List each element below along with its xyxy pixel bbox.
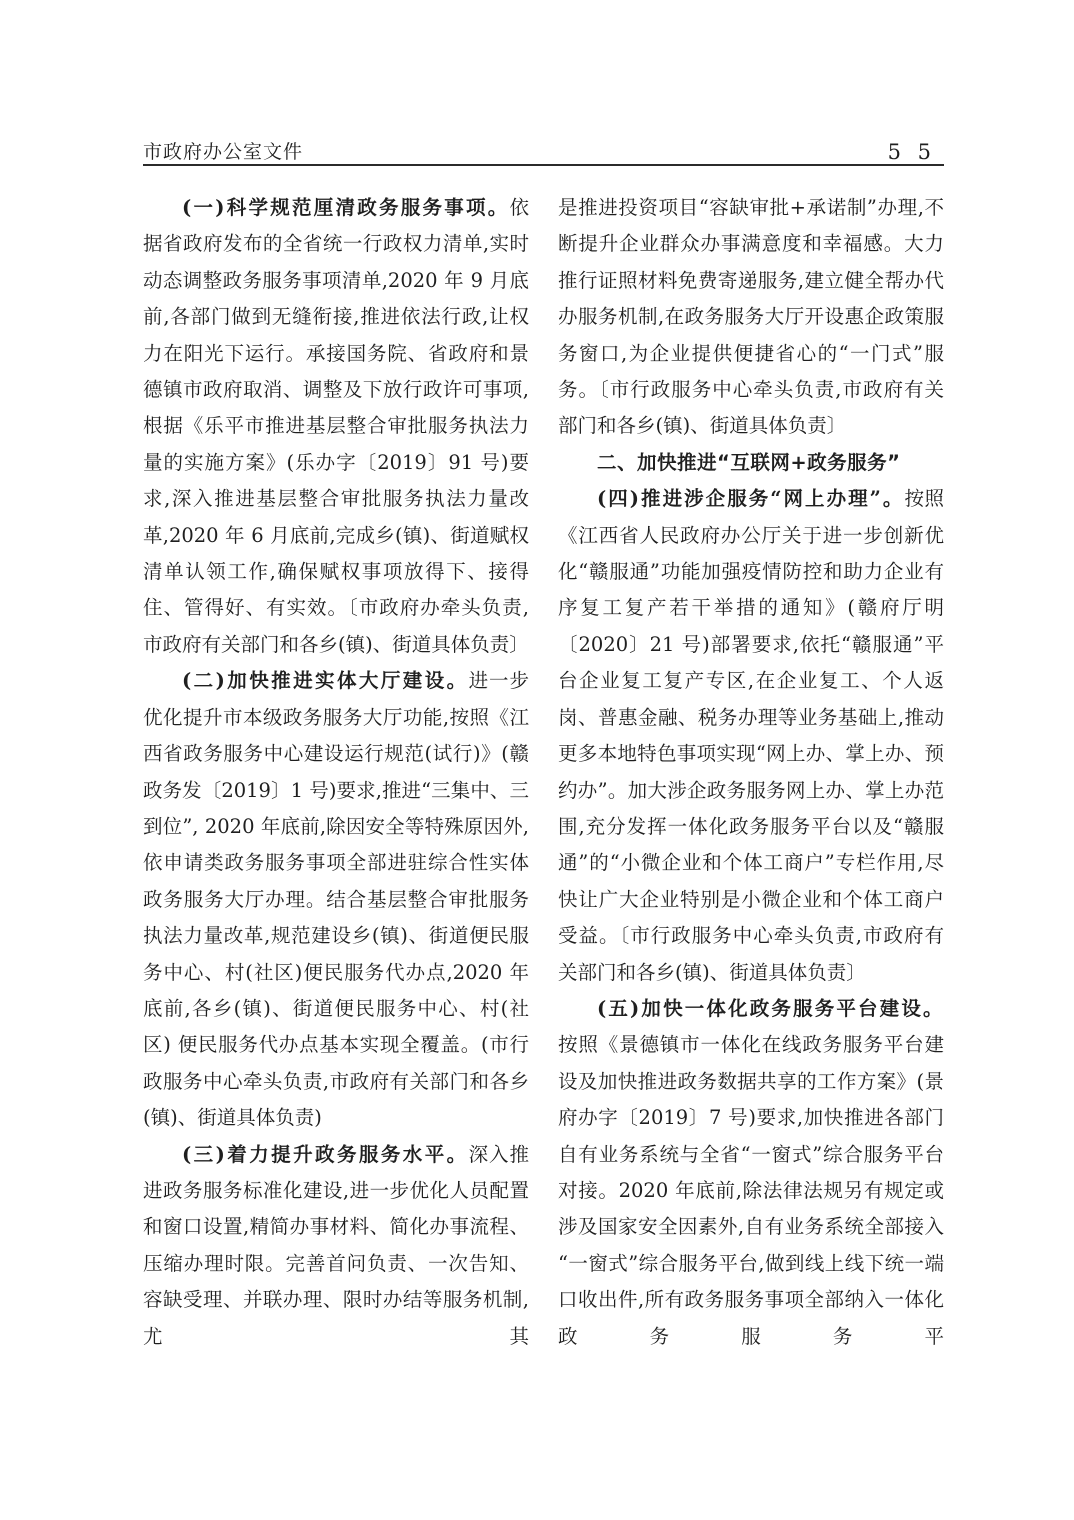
paragraph-5-title: (五)加快一体化政务服务平台建设。 [597, 997, 944, 1020]
paragraph-3: (三)着力提升政务服务水平。深入推进政务服务标准化建设,进一步优化人员配置和窗口… [143, 1137, 529, 1355]
paragraph-2-body: 进一步优化提升市本级政务服务大厅功能,按照《江西省政务服务中心建设运行规范(试行… [143, 669, 529, 1129]
document-page: 市政府办公室文件 5 5 (一)科学规范厘清政务服务事项。依据省政府发布的全省统… [0, 0, 1074, 1520]
paragraph-3-title: (三)着力提升政务服务水平。 [182, 1143, 469, 1166]
paragraph-3-continued: 是推进投资项目“容缺审批+承诺制”办理,不断提升企业群众办事满意度和幸福感。大力… [558, 190, 944, 445]
paragraph-1-body: 依据省政府发布的全省统一行政权力清单,实时动态调整政务服务事项清单,2020 年… [143, 196, 529, 656]
paragraph-1-title: (一)科学规范厘清政务服务事项。 [182, 196, 509, 219]
page-header: 市政府办公室文件 5 5 [143, 141, 944, 166]
paragraph-5: (五)加快一体化政务服务平台建设。按照《景德镇市一体化在线政务服务平台建设及加快… [558, 991, 944, 1355]
paragraph-5-body: 按照《景德镇市一体化在线政务服务平台建设及加快推进政务数据共享的工作方案》(景府… [558, 1033, 944, 1347]
paragraph-2-title: (二)加快推进实体大厅建设。 [182, 669, 469, 692]
page-number: 5 5 [888, 141, 944, 164]
paragraph-2: (二)加快推进实体大厅建设。进一步优化提升市本级政务服务大厅功能,按照《江西省政… [143, 663, 529, 1136]
paragraph-3-body: 深入推进政务服务标准化建设,进一步优化人员配置和窗口设置,精简办事材料、简化办事… [143, 1143, 529, 1348]
paragraph-4-title: (四)推进涉企服务“网上办理”。 [597, 487, 904, 510]
left-column: (一)科学规范厘清政务服务事项。依据省政府发布的全省统一行政权力清单,实时动态调… [143, 190, 529, 1355]
section-heading-2: 二、加快推进“互联网+政务服务” [558, 445, 944, 481]
doc-label: 市政府办公室文件 [143, 141, 303, 164]
paragraph-4: (四)推进涉企服务“网上办理”。按照《江西省人民政府办公厅关于进一步创新优化“赣… [558, 481, 944, 991]
paragraph-4-body: 按照《江西省人民政府办公厅关于进一步创新优化“赣服通”功能加强疫情防控和助力企业… [558, 487, 944, 983]
paragraph-1: (一)科学规范厘清政务服务事项。依据省政府发布的全省统一行政权力清单,实时动态调… [143, 190, 529, 663]
right-column: 是推进投资项目“容缺审批+承诺制”办理,不断提升企业群众办事满意度和幸福感。大力… [558, 190, 944, 1355]
text-columns: (一)科学规范厘清政务服务事项。依据省政府发布的全省统一行政权力清单,实时动态调… [143, 190, 944, 1355]
